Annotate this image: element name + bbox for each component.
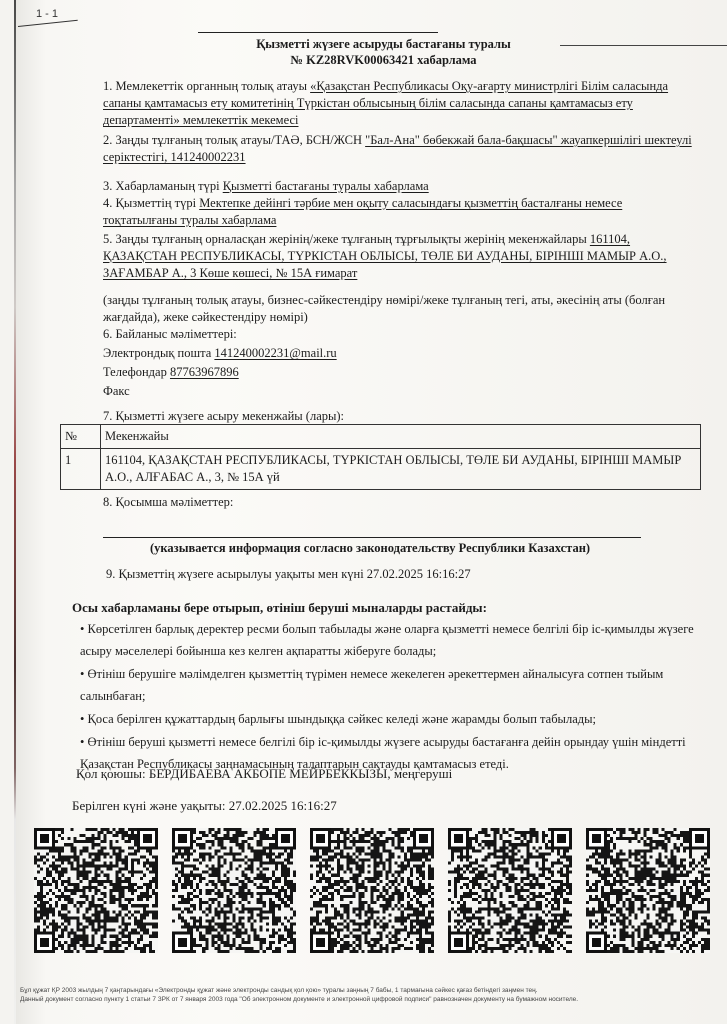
phone-value: 87763967896 [170, 365, 239, 379]
issued-datetime: Берілген күні және уақыты: 27.02.2025 16… [72, 798, 337, 814]
qr-code-4 [448, 828, 572, 953]
item-1: 1. Мемлекеттік органның толық атауы «Қаз… [103, 78, 693, 129]
item-9: 9. Қызметтің жүзеге асырылуы уақыты мен … [106, 566, 696, 583]
page-label: 1 - 1 [36, 8, 58, 20]
header-divider [198, 32, 438, 33]
confirmation-bullet: • Қоса берілген құжаттардың барлығы шынд… [80, 708, 700, 730]
item-2-label: 2. Заңды тұлғаның толық атауы/ТАӘ, БСН/Ж… [103, 133, 365, 147]
fax-label: Факс [103, 383, 693, 400]
item-8-fill-line [103, 537, 641, 538]
item-5: 5. Заңды тұлғаның орналасқан жерінің/жек… [103, 231, 693, 282]
item-4: 4. Қызметтің түрі Мектепке дейінгі тәрби… [103, 195, 693, 229]
confirmation-heading: Осы хабарламаны бере отырып, өтініш беру… [72, 600, 487, 616]
footer-line-kk: Бұл құжат ҚР 2003 жылдың 7 қаңтарындағы … [20, 986, 720, 995]
document-number: № KZ28RVK00063421 хабарлама [20, 53, 727, 68]
item-3: 3. Хабарламаның түрі Қызметті бастағаны … [103, 178, 693, 195]
item-3-value: Қызметті бастағаны туралы хабарлама [223, 179, 429, 193]
item-1-label: 1. Мемлекеттік органның толық атауы [103, 79, 310, 93]
table-row: 1 161104, ҚАЗАҚСТАН РЕСПУБЛИКАСЫ, ТҮРКІС… [61, 449, 701, 490]
footer-line-ru: Данный документ согласно пункту 1 статьи… [20, 995, 720, 1004]
qr-code-1 [34, 828, 158, 953]
item-8-label: 8. Қосымша мәліметтер: [103, 494, 693, 511]
item-3-label: 3. Хабарламаның түрі [103, 179, 223, 193]
phone-row: Телефондар 87763967896 [103, 364, 693, 381]
item-6-label: 6. Байланыс мәліметтері: [103, 326, 693, 343]
item-5-note: (заңды тұлғаның толық атауы, бизнес-сәйк… [103, 292, 693, 326]
qr-code-3 [310, 828, 434, 953]
email-link[interactable]: 141240002231@mail.ru [214, 346, 336, 360]
item-4-label: 4. Қызметтің түрі [103, 196, 199, 210]
table-header-number: № [61, 425, 101, 449]
qr-code-row [34, 828, 724, 953]
item-7-label: 7. Қызметті жүзеге асыру мекенжайы (лары… [103, 408, 693, 425]
confirmation-bullet: • Өтініш берушіге мәлімделген қызметтің … [80, 663, 700, 707]
confirmation-list: • Көрсетілген барлық деректер ресми болы… [80, 618, 700, 776]
document-title: Қызметті жүзеге асыруды бастағаны туралы [20, 37, 727, 52]
table-cell-number: 1 [61, 449, 101, 490]
qr-code-2 [172, 828, 296, 953]
table-cell-address: 161104, ҚАЗАҚСТАН РЕСПУБЛИКАСЫ, ТҮРКІСТА… [101, 449, 701, 490]
phone-label: Телефондар [103, 365, 170, 379]
item-5-label: 5. Заңды тұлғаның орналасқан жерінің/жек… [103, 232, 590, 246]
table-header-address: Мекенжайы [101, 425, 701, 449]
table-header-row: № Мекенжайы [61, 425, 701, 449]
item-2: 2. Заңды тұлғаның толық атауы/ТАӘ, БСН/Ж… [103, 132, 693, 166]
qr-code-5 [586, 828, 710, 953]
confirmation-bullet: • Көрсетілген барлық деректер ресми болы… [80, 618, 700, 662]
signer: Қол қоюшы: БЕРДИБАЕВА АКБОПЕ МЕЙРБЕККЫЗЫ… [76, 766, 452, 782]
email-row: Электрондық пошта 141240002231@mail.ru [103, 345, 693, 362]
legal-footer: Бұл құжат ҚР 2003 жылдың 7 қаңтарындағы … [20, 986, 720, 1004]
email-label: Электрондық пошта [103, 346, 214, 360]
item-8-note: (указывается информация согласно законод… [150, 541, 590, 556]
address-table: № Мекенжайы 1 161104, ҚАЗАҚСТАН РЕСПУБЛИ… [60, 424, 701, 490]
